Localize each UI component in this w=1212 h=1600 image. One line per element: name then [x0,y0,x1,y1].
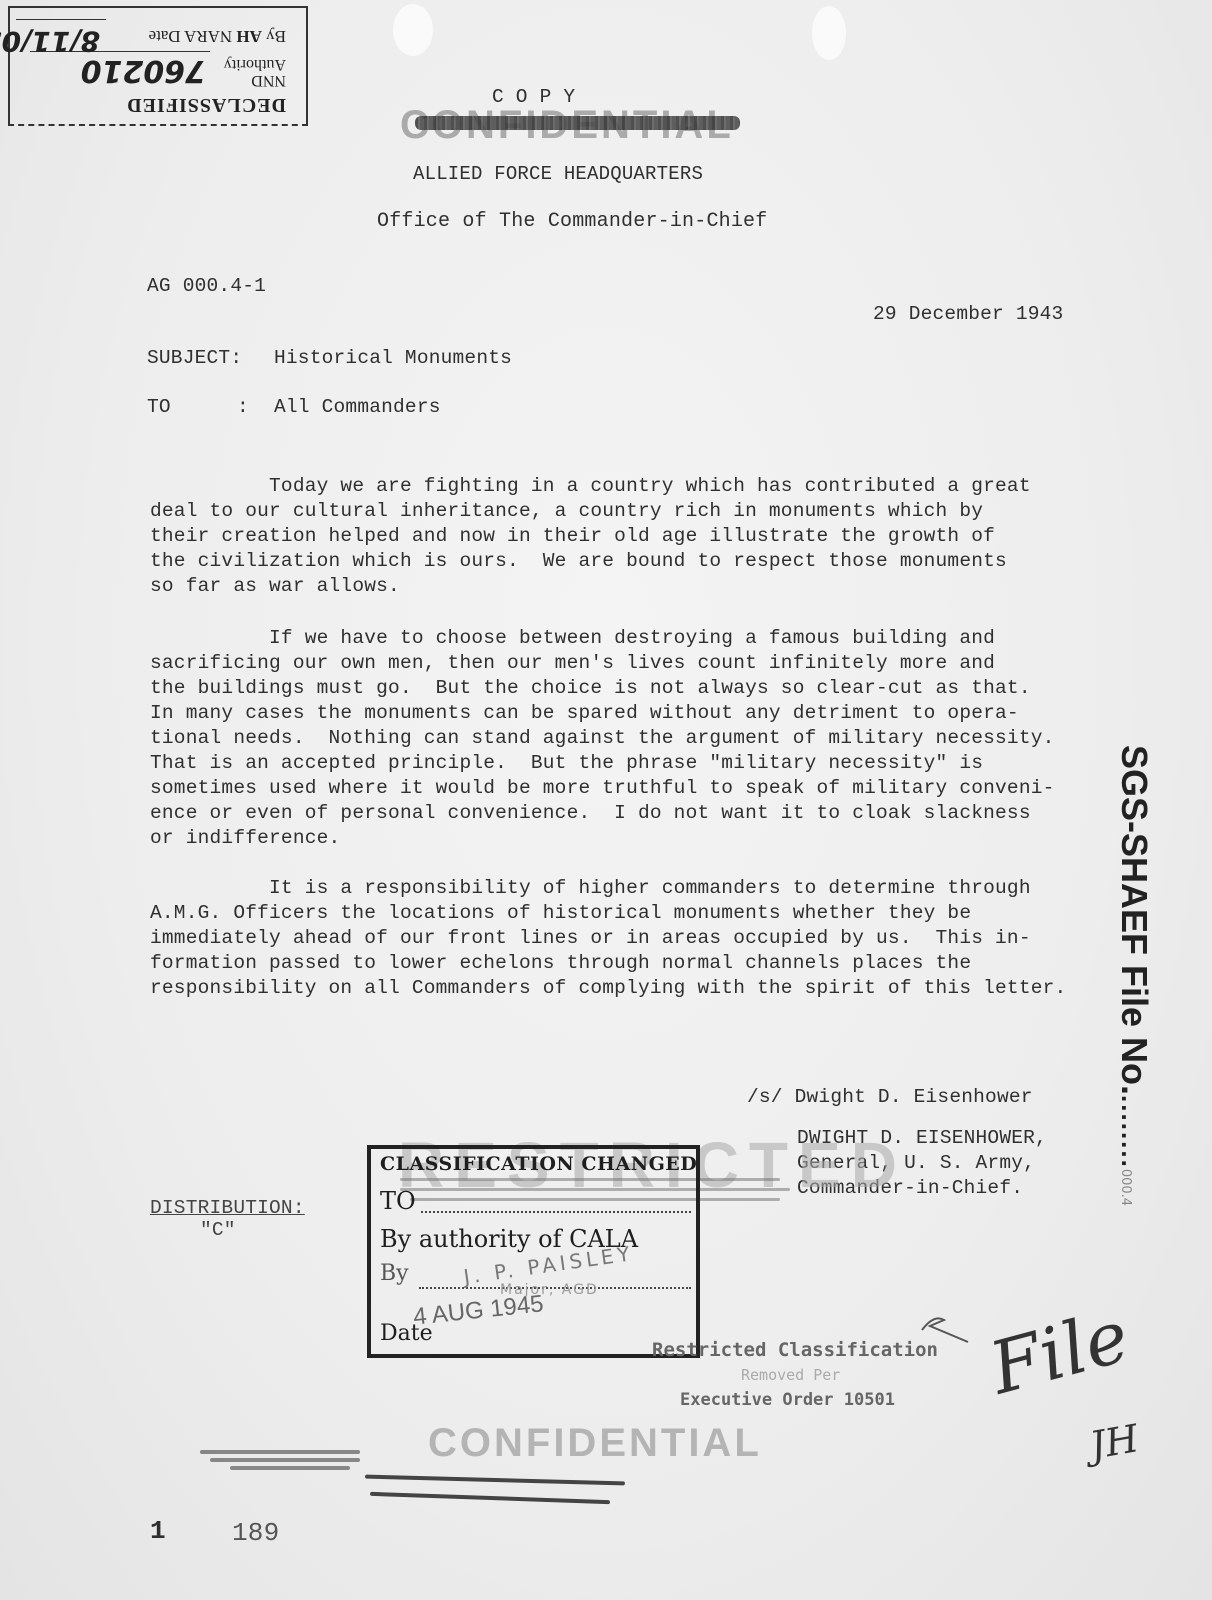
declassified-stamp: DECLASSIFIED NND Authority 760210 By AH … [8,6,308,126]
conformed-signature: /s/ Dwight D. Eisenhower [747,1086,1033,1108]
subject-label: SUBJECT: [147,347,242,369]
body-line: It is a responsibility of higher command… [150,877,1031,899]
body-line: immediately ahead of our front lines or … [150,927,1031,949]
authority-number: 760210 [81,53,206,88]
by-initials: AH [236,27,262,46]
punch-hole-left [393,4,433,56]
body-line: Today we are fighting in a country which… [150,475,1031,497]
strikethrough-bottom [365,1475,625,1486]
handwritten-initials: JH [1087,1416,1142,1468]
authority-block: NND Authority [224,56,286,88]
declassified-title: DECLASSIFIED [126,93,286,116]
body-line: sacrificing our own men, then our men's … [150,652,995,674]
nara-date: 8/11/05 [0,25,100,58]
punch-hole-right [812,6,846,60]
body-line: sometimes used where it would be more tr… [150,777,1055,799]
body-line: A.M.G. Officers the locations of histori… [150,902,971,924]
to-value: All Commanders [274,396,441,418]
strikethrough-top [415,116,740,130]
handwritten-check-mark [920,1310,980,1350]
organization-heading: ALLIED FORCE HEADQUARTERS [413,163,703,185]
classification-by-label: By [380,1261,409,1286]
reference-number: AG 000.4-1 [147,275,266,297]
strikethrough-bottom [370,1492,610,1504]
body-line: tional needs. Nothing can stand against … [150,727,1055,749]
restricted-removed-line1: Restricted Classification [652,1339,938,1361]
body-line: the civilization which is ours. We are b… [150,550,1007,572]
subject-value: Historical Monuments [274,347,512,369]
body-line: so far as war allows. [150,575,400,597]
distribution-label: DISTRIBUTION: [150,1197,305,1219]
to-separator: : [237,396,249,418]
sgs-shaef-file-stamp: SGS-SHAEF File No.........000.4 [1113,745,1155,1206]
body-line: responsibility on all Commanders of comp… [150,977,1066,999]
to-label: TO [147,396,171,418]
file-stamp-text: SGS-SHAEF File No. [1114,745,1155,1095]
file-number: 000.4 [1118,1169,1133,1206]
body-line: formation passed to lower echelons throu… [150,952,971,974]
pencil-scribble [210,1458,360,1462]
body-line: their creation helped and now in their o… [150,525,995,547]
to-dotted-line [421,1211,691,1213]
classification-to-label: TO [380,1187,416,1215]
office-heading: Office of The Commander-in-Chief [377,210,767,233]
classification-heading: CLASSIFICATION CHANGED [380,1153,697,1175]
confidential-struck-bottom: CONFIDENTIAL [428,1421,762,1466]
body-line: In many cases the monuments can be spare… [150,702,1019,724]
page-marker: 1 [150,1516,166,1546]
file-stamp-dots: ........ [1116,1095,1146,1169]
handwritten-file-note: File [981,1293,1137,1410]
authority-prefix: NND [251,72,286,89]
pencil-scribble [230,1466,350,1470]
authority-label: Authority [224,56,286,73]
document-page: DECLASSIFIED NND Authority 760210 By AH … [0,0,1212,1600]
page-number: 189 [232,1518,279,1548]
body-line: ence or even of personal convenience. I … [150,802,1031,824]
restricted-removed-line3: Executive Order 10501 [680,1390,895,1410]
distribution-value: "C" [200,1219,236,1241]
body-line: That is an accepted principle. But the p… [150,752,983,774]
body-line: If we have to choose between destroying … [150,627,995,649]
restricted-removed-line2: Removed Per [741,1366,840,1384]
pencil-scribble [200,1450,360,1454]
body-line: deal to our cultural inheritance, a coun… [150,500,983,522]
body-line: or indifference. [150,827,340,849]
body-line: the buildings must go. But the choice is… [150,677,1031,699]
stamp-rule [16,19,106,20]
memo-date: 29 December 1943 [873,303,1063,325]
by-line: By AH NARA Date [149,26,286,46]
